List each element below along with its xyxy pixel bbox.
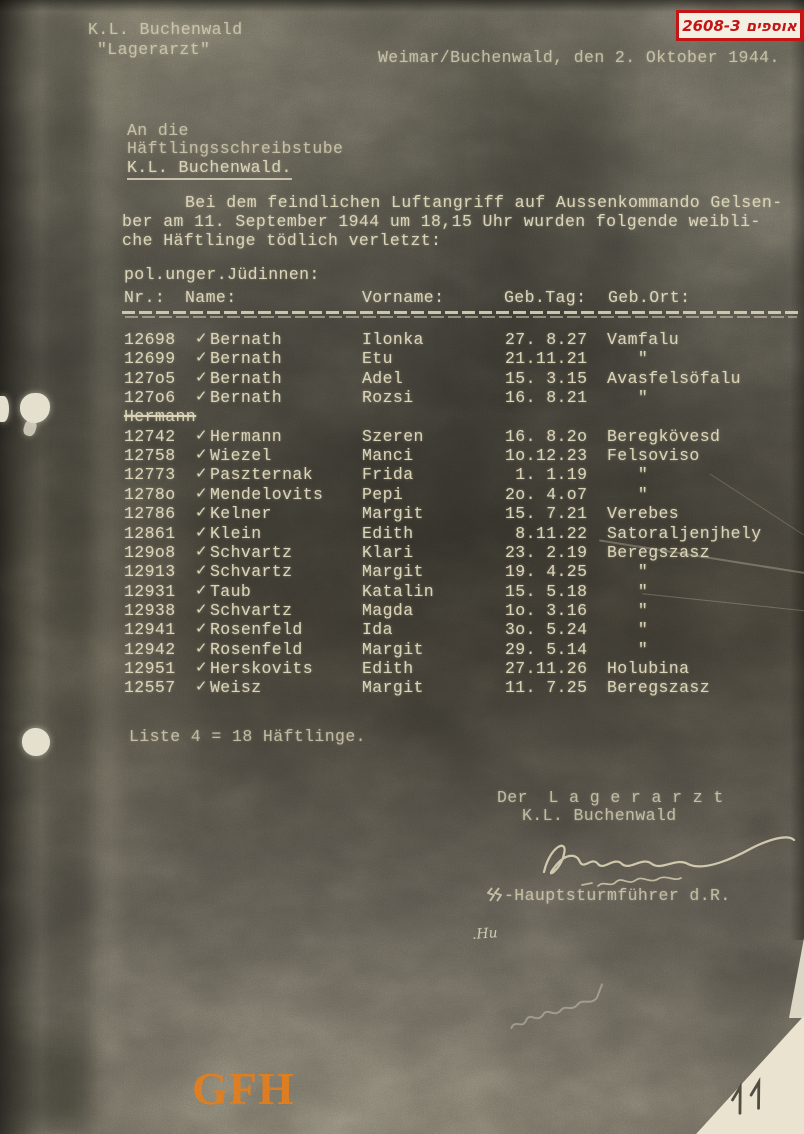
birth-date: 15. 7.21	[505, 504, 587, 523]
dateline: Weimar/Buchenwald, den 2. Oktober 1944.	[378, 48, 780, 67]
table-row: 127o5✓BernathAdel15. 3.15Avasfelsöfalu	[124, 369, 804, 388]
hole-punch-tear	[22, 419, 38, 438]
first-name: Edith	[362, 659, 414, 678]
table-row: 12938✓SchvartzMagda1o. 3.16 "	[124, 601, 804, 620]
birth-place: "	[607, 640, 648, 659]
surname: Paszternak	[210, 465, 313, 484]
birth-place: Verebes	[607, 504, 679, 523]
prisoner-number: 12931	[124, 582, 176, 601]
prisoner-number: 12773	[124, 465, 176, 484]
prisoner-number: 12913	[124, 562, 176, 581]
surname: Bernath	[210, 349, 282, 368]
check-mark: ✓	[195, 677, 208, 695]
birth-date: 3o. 5.24	[505, 620, 587, 639]
prisoner-number: 12699	[124, 349, 176, 368]
surname: Schvartz	[210, 562, 292, 581]
ss-runes-icon	[487, 887, 503, 907]
hole-punch	[20, 393, 50, 423]
prisoner-number: 12698	[124, 330, 176, 349]
first-name: Etu	[362, 349, 393, 368]
surname: Herskovits	[210, 659, 313, 678]
table-row: 12942✓RosenfeldMargit29. 5.14 "	[124, 640, 804, 659]
prisoner-rows: 12698✓BernathIlonka27. 8.27Vamfalu12699✓…	[124, 330, 804, 700]
birth-date: 1o. 3.16	[505, 601, 587, 620]
birth-place: "	[607, 562, 648, 581]
table-row: 127o6✓BernathRozsi16. 8.21 "	[124, 388, 804, 407]
table-row: 1278o✓MendelovitsPepi2o. 4.o7 "	[124, 485, 804, 504]
table-row: 12699✓BernathEtu21.11.21 "	[124, 349, 804, 368]
table-divider-dashes	[125, 316, 797, 319]
prisoner-number: 12557	[124, 678, 176, 697]
check-mark: ✓	[195, 523, 208, 541]
first-name: Magda	[362, 601, 414, 620]
bottom-left-dark-patch	[0, 1040, 90, 1134]
gfh-watermark: GFH	[192, 1062, 295, 1115]
prisoner-number: 129o8	[124, 543, 176, 562]
table-row: 12861✓KleinEdith 8.11.22Satoraljenjhely	[124, 524, 804, 543]
list-summary: Liste 4 = 18 Häftlinge.	[129, 727, 366, 746]
birth-date: 8.11.22	[505, 524, 587, 543]
surname: Schvartz	[210, 543, 292, 562]
birth-date: 15. 3.15	[505, 369, 587, 388]
prisoner-number: 12941	[124, 620, 176, 639]
birth-place: "	[607, 349, 648, 368]
check-mark: ✓	[195, 484, 208, 502]
prisoner-number: 1278o	[124, 485, 176, 504]
check-mark: ✓	[195, 445, 208, 463]
table-row: 129o8✓SchvartzKlari23. 2.19Beregszasz	[124, 543, 804, 562]
birth-place: "	[607, 582, 648, 601]
prisoner-number: 12938	[124, 601, 176, 620]
recipient-office: Häftlingsschreibstube	[127, 139, 343, 158]
surname: Bernath	[210, 388, 282, 407]
birth-place: "	[607, 388, 648, 407]
surname: Wiezel	[210, 446, 272, 465]
letterhead-dept: "Lagerarzt"	[97, 40, 210, 59]
table-divider-dashes	[122, 311, 798, 314]
first-name: Katalin	[362, 582, 434, 601]
prisoner-number: 12758	[124, 446, 176, 465]
signature-title: Der L a g e r a r z t	[497, 788, 724, 807]
table-row: 12773✓PaszternakFrida 1. 1.19 "	[124, 465, 804, 484]
prisoner-number: 12942	[124, 640, 176, 659]
birth-date: 1. 1.19	[505, 465, 587, 484]
first-name: Ilonka	[362, 330, 424, 349]
page-number: 11	[738, 1078, 769, 1108]
table-row: 12913✓SchvartzMargit19. 4.25 "	[124, 562, 804, 581]
first-name: Pepi	[362, 485, 403, 504]
left-edge-shadow	[0, 0, 42, 1134]
birth-date: 15. 5.18	[505, 582, 587, 601]
birth-date: 16. 8.21	[505, 388, 587, 407]
first-name: Klari	[362, 543, 414, 562]
first-name: Margit	[362, 562, 424, 581]
header-nr: Nr.:	[124, 288, 165, 307]
struck-name: Hermann	[124, 407, 196, 426]
birth-date: 11. 7.25	[505, 678, 587, 697]
birth-place: Felsoviso	[607, 446, 700, 465]
prisoner-number: 12786	[124, 504, 176, 523]
birth-date: 2o. 4.o7	[505, 485, 587, 504]
table-row: 12557✓WeiszMargit11. 7.25Beregszasz	[124, 678, 804, 697]
surname: Mendelovits	[210, 485, 323, 504]
birth-date: 16. 8.2o	[505, 427, 587, 446]
check-mark: ✓	[195, 368, 208, 386]
surname: Hermann	[210, 427, 282, 446]
birth-place: "	[607, 601, 648, 620]
scanned-document-page: אוספים 2608-3 K.L. Buchenwald "Lagerarzt…	[0, 0, 804, 1134]
birth-date: 27. 8.27	[505, 330, 587, 349]
hu-annotation: .Hu	[471, 925, 498, 943]
first-name: Margit	[362, 640, 424, 659]
table-row: 12951✓HerskovitsEdith27.11.26Holubina	[124, 659, 804, 678]
check-mark: ✓	[195, 426, 208, 444]
first-name: Rozsi	[362, 388, 414, 407]
archive-collection-tag: אוספים 2608-3	[676, 10, 803, 41]
check-mark: ✓	[195, 329, 208, 347]
surname: Bernath	[210, 330, 282, 349]
birth-date: 27.11.26	[505, 659, 587, 678]
header-geb-tag: Geb.Tag:	[504, 288, 586, 307]
first-name: Margit	[362, 678, 424, 697]
birth-date: 21.11.21	[505, 349, 587, 368]
birth-place: "	[607, 485, 648, 504]
birth-place: "	[607, 465, 648, 484]
check-mark: ✓	[195, 348, 208, 366]
header-name: Name:	[185, 288, 237, 307]
handwritten-signature	[528, 828, 800, 894]
archive-tag-label: אוספים 2608-3	[682, 17, 797, 35]
edge-tear	[0, 396, 9, 422]
check-mark: ✓	[195, 639, 208, 657]
first-name: Edith	[362, 524, 414, 543]
body-line-2: ber am 11. September 1944 um 18,15 Uhr w…	[122, 212, 761, 231]
first-name: Szeren	[362, 427, 424, 446]
check-mark: ✓	[195, 658, 208, 676]
check-mark: ✓	[195, 503, 208, 521]
first-name: Frida	[362, 465, 414, 484]
page-edge-backing	[789, 938, 804, 1018]
check-mark: ✓	[195, 542, 208, 560]
birth-place: Holubina	[607, 659, 689, 678]
birth-place: "	[607, 620, 648, 639]
letterhead-org: K.L. Buchenwald	[88, 20, 243, 39]
check-mark: ✓	[195, 464, 208, 482]
birth-place: Beregkövesd	[607, 427, 720, 446]
check-mark: ✓	[195, 619, 208, 637]
birth-date: 1o.12.23	[505, 446, 587, 465]
birth-place: Beregszasz	[607, 678, 710, 697]
check-mark: ✓	[195, 581, 208, 599]
birth-place: Avasfelsöfalu	[607, 369, 741, 388]
surname: Bernath	[210, 369, 282, 388]
check-mark: ✓	[195, 387, 208, 405]
table-row: 12931✓TaubKatalin15. 5.18 "	[124, 582, 804, 601]
header-geb-ort: Geb.Ort:	[608, 288, 690, 307]
header-vorname: Vorname:	[362, 288, 444, 307]
surname: Kelner	[210, 504, 272, 523]
prisoner-number: 127o6	[124, 388, 176, 407]
birth-place: Vamfalu	[607, 330, 679, 349]
struck-row: Hermann	[124, 407, 804, 426]
first-name: Manci	[362, 446, 414, 465]
surname: Taub	[210, 582, 251, 601]
recipient-camp: K.L. Buchenwald.	[127, 158, 292, 180]
table-row: 12698✓BernathIlonka27. 8.27Vamfalu	[124, 330, 804, 349]
surname: Klein	[210, 524, 262, 543]
table-row: 12941✓RosenfeldIda3o. 5.24 "	[124, 620, 804, 639]
margin-light-band	[96, 60, 118, 1060]
first-name: Margit	[362, 504, 424, 523]
first-name: Adel	[362, 369, 403, 388]
surname: Rosenfeld	[210, 640, 303, 659]
check-mark: ✓	[195, 600, 208, 618]
birth-date: 23. 2.19	[505, 543, 587, 562]
birth-place: Beregszasz	[607, 543, 710, 562]
table-row: 12742✓HermannSzeren16. 8.2oBeregkövesd	[124, 427, 804, 446]
birth-date: 19. 4.25	[505, 562, 587, 581]
birth-date: 29. 5.14	[505, 640, 587, 659]
table-row: 12786✓KelnerMargit15. 7.21Verebes	[124, 504, 804, 523]
prisoner-number: 12742	[124, 427, 176, 446]
prisoner-number: 12861	[124, 524, 176, 543]
prisoner-number: 12951	[124, 659, 176, 678]
body-line-1: Bei dem feindlichen Luftangriff auf Auss…	[185, 193, 783, 212]
faint-handwriting-scribble	[498, 971, 625, 1043]
surname: Rosenfeld	[210, 620, 303, 639]
prisoner-number: 127o5	[124, 369, 176, 388]
signature-org: K.L. Buchenwald	[522, 806, 677, 825]
hole-punch	[22, 728, 50, 756]
first-name: Ida	[362, 620, 393, 639]
birth-place: Satoraljenjhely	[607, 524, 762, 543]
margin-dark-band	[42, 0, 90, 1134]
surname: Schvartz	[210, 601, 292, 620]
table-row: 12758✓WiezelManci1o.12.23Felsoviso	[124, 446, 804, 465]
check-mark: ✓	[195, 561, 208, 579]
surname: Weisz	[210, 678, 262, 697]
body-line-3: che Häftlinge tödlich verletzt:	[122, 231, 441, 250]
group-label: pol.unger.Jüdinnen:	[124, 265, 320, 284]
recipient-salutation: An die	[127, 121, 189, 140]
